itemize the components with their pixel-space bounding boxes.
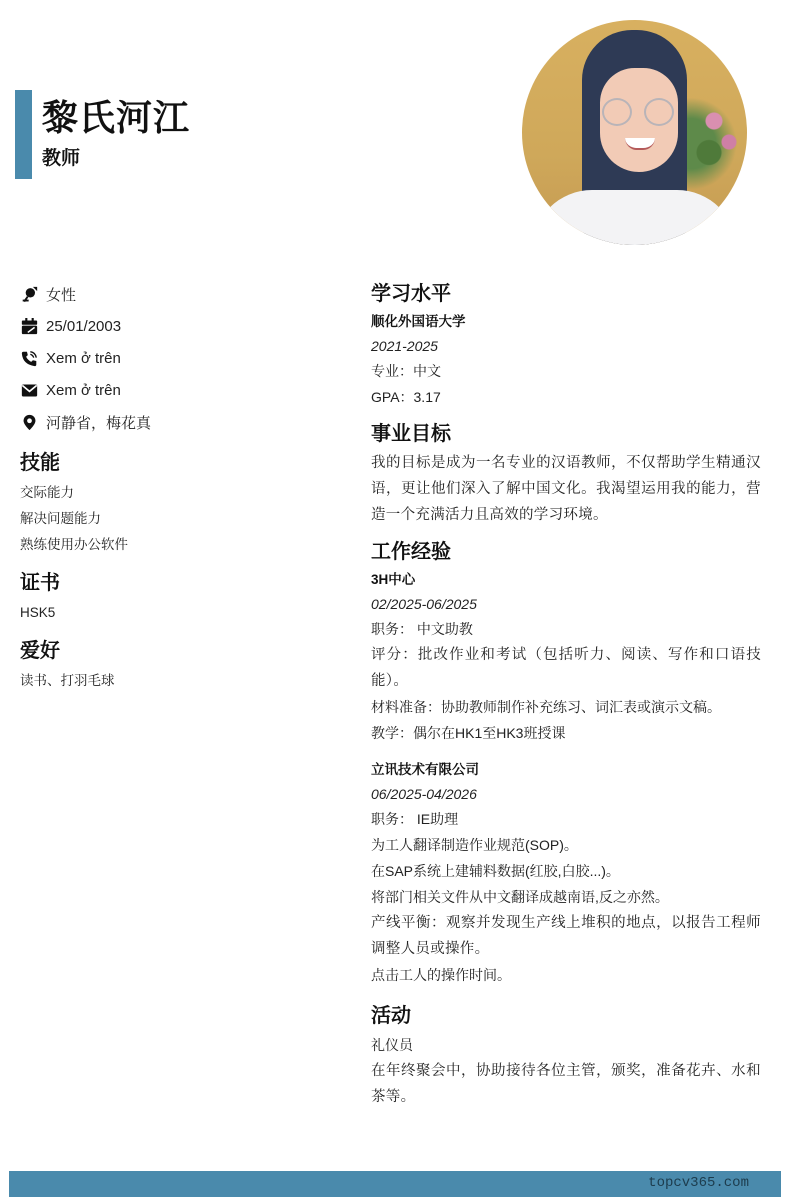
experience-period: 06/2025-04/2026	[371, 782, 761, 806]
candidate-name: 黎氏河江	[42, 96, 190, 140]
skills-heading: 技能	[20, 448, 340, 478]
contact-location: 河静省，梅花真	[20, 406, 340, 438]
experience-heading: 工作经验	[371, 536, 761, 568]
experience-line: 在SAP系统上建辅料数据(红胶,白胶...)。	[371, 858, 761, 884]
education-gpa: GPA：3.17	[371, 384, 761, 410]
experience-section: 工作经验 3H中心 02/2025-06/2025 职务： 中文助教 评分：批改…	[371, 536, 761, 988]
objective-section: 事业目标 我的目标是成为一名专业的汉语教师，不仅帮助学生精通汉语，更让他们深入了…	[371, 418, 761, 528]
hobby-item: 读书、打羽毛球	[20, 668, 340, 694]
candidate-job-title: 教师	[42, 146, 80, 172]
location-icon	[20, 413, 38, 431]
activities-section: 活动 礼仪员 在年终聚会中，协助接待各位主管，颁奖，准备花卉、水和茶等。	[371, 1000, 761, 1110]
company-name: 立讯技术有限公司	[371, 758, 761, 782]
hobbies-heading: 爱好	[20, 636, 340, 666]
activity-role: 礼仪员	[371, 1032, 761, 1058]
gender-icon	[20, 285, 38, 303]
profile-photo	[522, 20, 747, 245]
experience-line: 点击工人的操作时间。	[371, 962, 761, 988]
activity-text: 在年终聚会中，协助接待各位主管，颁奖，准备花卉、水和茶等。	[371, 1058, 761, 1110]
contact-birthdate: 25/01/2003	[20, 310, 340, 342]
contact-birthdate-text: 25/01/2003	[46, 318, 121, 335]
experience-line: 职务： IE助理	[371, 806, 761, 832]
skill-item: 解决问题能力	[20, 506, 340, 532]
certificates-section: 证书 HSK5	[20, 568, 340, 626]
experience-line: 职务： 中文助教	[371, 616, 761, 642]
contact-email: Xem ở trên	[20, 374, 340, 406]
certificate-item: HSK5	[20, 600, 340, 626]
objective-text: 我的目标是成为一名专业的汉语教师，不仅帮助学生精通汉语，更让他们深入了解中国文化…	[371, 450, 761, 528]
contact-phone-text: Xem ở trên	[46, 350, 121, 367]
footer-watermark: topcv365.com	[648, 1175, 749, 1191]
school-name: 顺化外国语大学	[371, 310, 761, 334]
experience-line: 材料准备：协助教师制作补充练习、词汇表或演示文稿。	[371, 694, 761, 720]
experience-line: 评分：批改作业和考试（包括听力、阅读、写作和口语技能）。	[371, 642, 761, 694]
experience-period: 02/2025-06/2025	[371, 592, 761, 616]
contact-gender: 女性	[20, 278, 340, 310]
footer-bar: topcv365.com	[9, 1171, 781, 1197]
education-section: 学习水平 顺化外国语大学 2021-2025 专业：中文 GPA：3.17	[371, 278, 761, 410]
experience-entry: 立讯技术有限公司 06/2025-04/2026 职务： IE助理 为工人翻译制…	[371, 758, 761, 988]
objective-heading: 事业目标	[371, 418, 761, 450]
education-major: 专业：中文	[371, 358, 761, 384]
hobbies-section: 爱好 读书、打羽毛球	[20, 636, 340, 694]
skills-section: 技能 交际能力 解决问题能力 熟练使用办公软件	[20, 448, 340, 558]
education-period: 2021-2025	[371, 334, 761, 358]
experience-line: 教学：偶尔在HK1至HK3班授课	[371, 720, 761, 746]
experience-line: 为工人翻译制造作业规范(SOP)。	[371, 832, 761, 858]
phone-icon	[20, 349, 38, 367]
skill-item: 熟练使用办公软件	[20, 532, 340, 558]
contact-phone: Xem ở trên	[20, 342, 340, 374]
activities-heading: 活动	[371, 1000, 761, 1032]
left-column: 女性 25/01/2003 Xem ở trên Xem ở trên 河静省，…	[20, 278, 340, 694]
experience-line: 产线平衡：观察并发现生产线上堆积的地点，以报告工程师调整人员或操作。	[371, 910, 761, 962]
email-icon	[20, 381, 38, 399]
contact-gender-text: 女性	[46, 284, 76, 305]
experience-line: 将部门相关文件从中文翻译成越南语,反之亦然。	[371, 884, 761, 910]
certificates-heading: 证书	[20, 568, 340, 598]
experience-entry: 3H中心 02/2025-06/2025 职务： 中文助教 评分：批改作业和考试…	[371, 568, 761, 746]
skill-item: 交际能力	[20, 480, 340, 506]
header-accent-bar	[15, 90, 32, 179]
contact-email-text: Xem ở trên	[46, 382, 121, 399]
contact-location-text: 河静省，梅花真	[46, 412, 151, 433]
calendar-icon	[20, 317, 38, 335]
education-heading: 学习水平	[371, 278, 761, 310]
right-column: 学习水平 顺化外国语大学 2021-2025 专业：中文 GPA：3.17 事业…	[371, 278, 761, 1118]
company-name: 3H中心	[371, 568, 761, 592]
contact-list: 女性 25/01/2003 Xem ở trên Xem ở trên 河静省，…	[20, 278, 340, 438]
